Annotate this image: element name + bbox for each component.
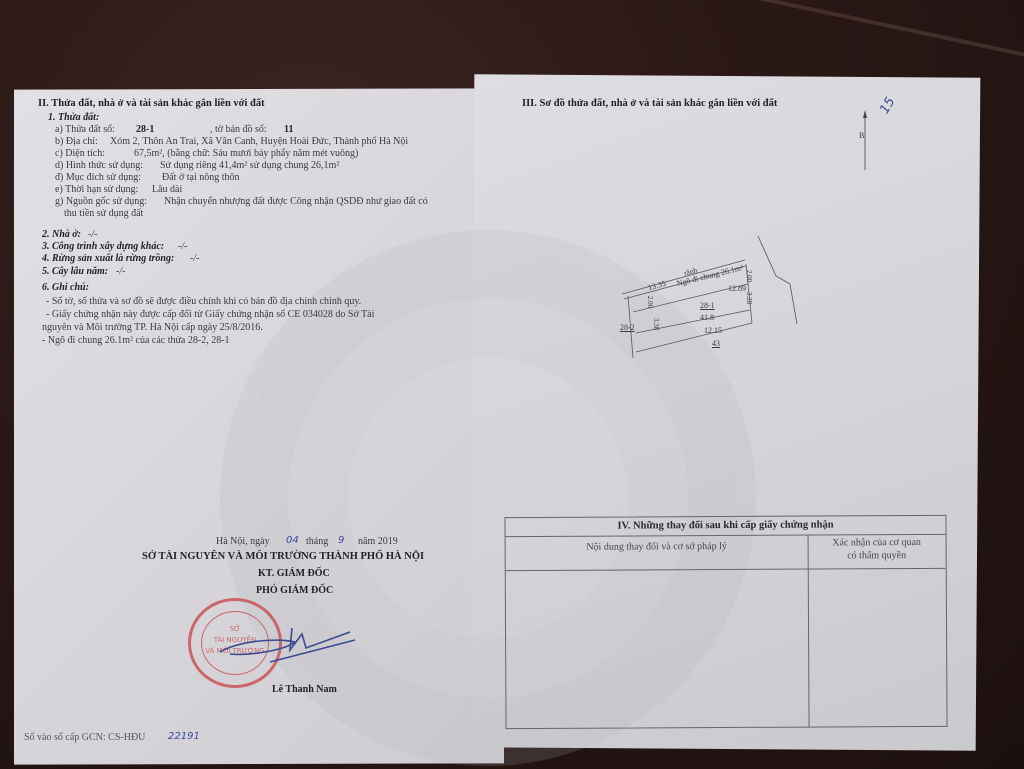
note-item: - Giấy chứng nhận này được cấp đổi từ Gi… — [46, 309, 374, 321]
address-value: Xóm 2, Thôn An Trai, Xã Vân Canh, Huyện … — [110, 136, 408, 148]
issuing-agency: SỞ TÀI NGUYÊN VÀ MÔI TRƯỜNG THÀNH PHỐ HÀ… — [142, 551, 424, 563]
issue-month-label: tháng — [306, 536, 328, 548]
edge-right-bottom: 3.28 — [743, 292, 755, 304]
issue-year: năm 2019 — [358, 536, 398, 548]
signer-title: PHÓ GIÁM ĐỐC — [256, 585, 333, 597]
signature-icon — [210, 620, 360, 670]
column-header-confirmation: Xác nhận của cơ quan có thẩm quyền — [808, 536, 946, 563]
registry-label: Số vào sổ cấp GCN: CS-HĐU — [24, 732, 145, 744]
forest-label: 4. Rừng sản xuất là rừng trồng: — [42, 253, 174, 265]
purpose-value: Đất ở tại nông thôn — [162, 172, 240, 184]
house-label: 2. Nhà ở: — [42, 229, 81, 241]
signer-name: Lê Thanh Nam — [272, 684, 337, 696]
origin-label: g) Nguồn gốc sử dụng: — [55, 196, 147, 208]
column-header-changes: Nội dung thay đổi và cơ sở pháp lý — [506, 541, 808, 554]
plot-number: 28-1 — [136, 124, 154, 136]
origin-value-line1: Nhận chuyển nhượng đất được Công nhận QS… — [164, 196, 428, 208]
neighbor-plot-bottom: 43 — [712, 338, 720, 350]
purpose-label: đ) Mục đích sử dụng: — [55, 172, 141, 184]
edge-bottom-length: 12.15 — [704, 325, 722, 337]
issue-month: 9 — [338, 535, 344, 547]
plot-area: 41.8 — [700, 312, 714, 324]
note-item: - Ngõ đi chung 26.1m² của các thửa 28-2,… — [42, 335, 230, 347]
issue-day: 04 — [286, 535, 299, 547]
origin-value-line2: thu tiền sử dụng đất — [64, 208, 143, 220]
section-3-title: III. Sơ đồ thửa đất, nhà ở và tài sản kh… — [522, 98, 777, 110]
column-header-line: có thẩm quyền — [808, 549, 946, 563]
area-label: c) Diện tích: — [55, 148, 105, 160]
perennial-value: -/- — [116, 266, 125, 278]
address-label: b) Địa chỉ: — [55, 136, 98, 148]
note-item: nguyên và Môi trường TP. Hà Nội cấp ngày… — [42, 322, 263, 334]
plot-number-label: a) Thửa đất số: — [55, 124, 115, 136]
plot-label: 28-1 — [700, 300, 715, 312]
edge-left-top: 2.00 — [644, 296, 656, 308]
edge-right-top: 2.00 — [743, 270, 755, 282]
other-construction-value: -/- — [178, 241, 187, 253]
map-sheet-number: 11 — [284, 124, 293, 136]
land-plot-heading: 1. Thửa đất: — [48, 112, 99, 124]
usage-form-label: d) Hình thức sử dụng: — [55, 160, 143, 172]
plot-diagram — [600, 230, 820, 360]
area-value: 67,5m², (bằng chữ: Sáu mươi bảy phẩy năm… — [134, 148, 358, 160]
neighbor-plot-left: 28-2 — [620, 322, 635, 334]
section-2-title: II. Thửa đất, nhà ở và tài sản khác gắn … — [38, 98, 265, 110]
usage-form-value: Sử dụng riêng 41,4m² sử dụng chung 26,1m… — [160, 160, 339, 172]
term-label: e) Thời hạn sử dụng: — [55, 184, 138, 196]
map-sheet-label: , tờ bản đồ số: — [210, 124, 267, 136]
note-item: - Số tờ, số thửa và sơ đồ sẽ được điều c… — [46, 296, 361, 308]
changes-table: IV. Những thay đổi sau khi cấp giấy chứn… — [504, 515, 947, 729]
on-behalf-label: KT. GIÁM ĐỐC — [258, 568, 330, 580]
house-value: -/- — [88, 229, 97, 241]
term-value: Lâu dài — [152, 184, 182, 196]
edge-left-bottom: 3.38 — [650, 318, 662, 330]
perennial-label: 5. Cây lâu năm: — [42, 266, 108, 278]
north-label: B — [859, 130, 864, 142]
registry-number: 22191 — [168, 731, 200, 743]
background-cable — [730, 0, 1024, 60]
column-header-line: Xác nhận của cơ quan — [808, 536, 946, 550]
issue-date-prefix: Hà Nội, ngày — [216, 536, 270, 548]
forest-value: -/- — [190, 253, 199, 265]
notes-heading: 6. Ghi chú: — [42, 282, 89, 294]
other-construction-label: 3. Công trình xây dựng khác: — [42, 241, 164, 253]
